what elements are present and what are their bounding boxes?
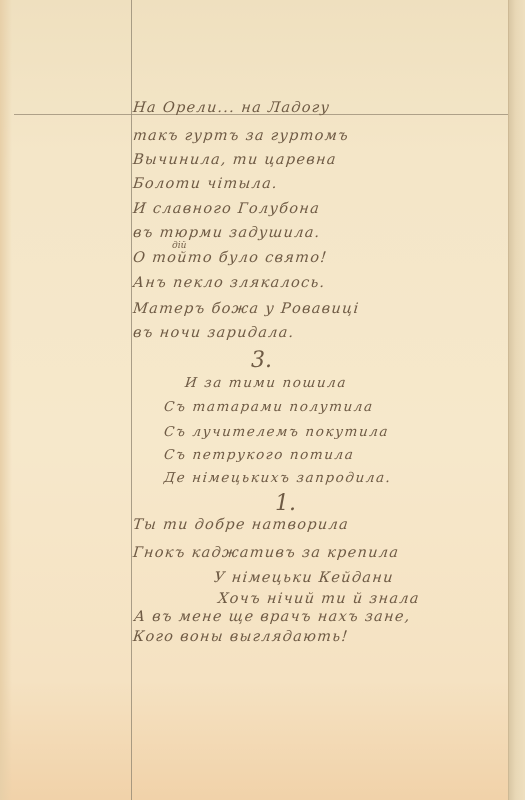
section-3-line-1: И за тими пошила bbox=[184, 377, 347, 391]
manuscript-page: На Орели... на Ладогу такъ гуртъ за гурт… bbox=[0, 0, 525, 800]
section-1-line-3: У німецьки Кейдани bbox=[213, 571, 394, 586]
section-1-line-2: Гнокъ каджативъ за крепила bbox=[132, 546, 400, 561]
stanza-1-line-10: въ ночи заридала. bbox=[132, 326, 295, 341]
section-heading-1: 1. bbox=[275, 493, 296, 515]
page-right-edge bbox=[508, 0, 525, 800]
section-3-line-4: Съ петрукого потила bbox=[163, 449, 355, 463]
stanza-1-line-7: О тойто було свято! bbox=[132, 251, 328, 266]
section-3-line-5: Де німецькихъ запродила. bbox=[163, 472, 392, 486]
stanza-1-line-1: На Орели... на Ладогу bbox=[132, 101, 331, 116]
page-left-shadow bbox=[0, 0, 12, 800]
section-heading-3: 3. bbox=[251, 350, 272, 372]
section-1-line-4: Хочъ нічий ти й знала bbox=[217, 592, 420, 607]
section-1-line-5: А въ мене ще врачъ нахъ зане, bbox=[133, 610, 411, 625]
stanza-1-line-2: такъ гуртъ за гуртомъ bbox=[132, 129, 350, 144]
left-margin-rule bbox=[131, 0, 132, 800]
section-3-line-2: Съ татарами полутила bbox=[163, 401, 374, 415]
stanza-1-line-6: въ тюрми задушила. bbox=[132, 226, 321, 241]
section-1-line-1: Ты ти добре натворила bbox=[132, 518, 349, 533]
section-1-line-6: Кого воны выглядають! bbox=[132, 630, 349, 645]
stanza-1-line-5: И славного Голубона bbox=[132, 202, 321, 217]
section-3-line-3: Съ лучителемъ покутила bbox=[163, 426, 389, 440]
stanza-1-line-8: Анъ пекло злякалось. bbox=[132, 276, 326, 291]
stanza-1-line-9: Матеръ божа у Ровавиці bbox=[132, 302, 360, 317]
stanza-1-line-3: Вычинила, ти царевна bbox=[132, 153, 337, 168]
stanza-1-line-4: Болоти чітыла. bbox=[132, 177, 278, 192]
